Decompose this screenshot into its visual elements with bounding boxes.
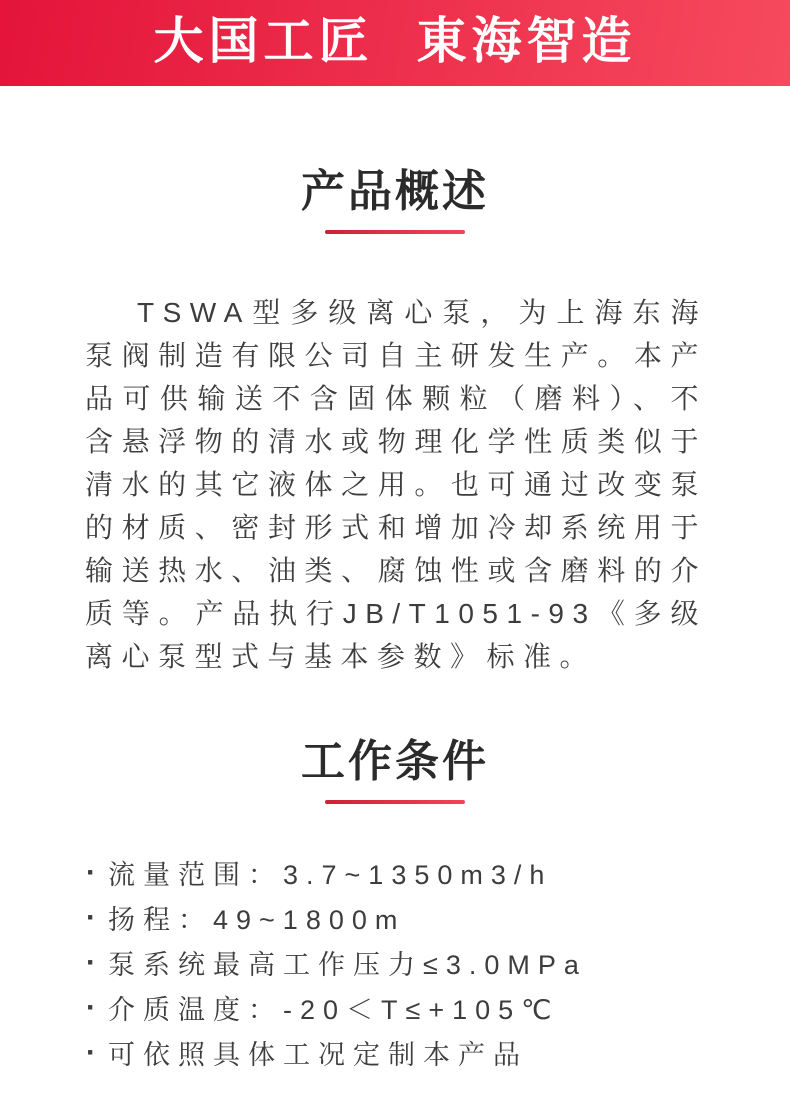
header-banner: 大国工匠 東海智造 <box>0 0 790 86</box>
condition-item: · 可依照具体工况定制本产品 <box>86 1030 790 1075</box>
conditions-section-title: 工作条件 <box>0 736 790 788</box>
condition-text: 介质温度：-20＜T≤+105℃ <box>108 988 559 1027</box>
bullet-icon: · <box>86 850 96 895</box>
condition-item: · 扬程：49~1800m <box>86 895 790 940</box>
bullet-icon: · <box>86 895 96 940</box>
bullet-icon: · <box>86 985 96 1030</box>
overview-paragraph: TSWA型多级离心泵，为上海东海泵阀制造有限公司自主研发生产。本产品可供输送不含… <box>85 291 707 678</box>
overview-title-underline <box>325 230 465 234</box>
banner-title: 大国工匠 東海智造 <box>154 16 637 70</box>
product-detail-page: 大国工匠 東海智造 产品概述 TSWA型多级离心泵，为上海东海泵阀制造有限公司自… <box>0 0 790 1106</box>
conditions-list: · 流量范围：3.7~1350m3/h · 扬程：49~1800m · 泵系统最… <box>0 850 790 1075</box>
condition-item: · 介质温度：-20＜T≤+105℃ <box>86 985 790 1030</box>
condition-item: · 流量范围：3.7~1350m3/h <box>86 850 790 895</box>
condition-text: 可依照具体工况定制本产品 <box>108 1033 528 1072</box>
overview-section: 产品概述 TSWA型多级离心泵，为上海东海泵阀制造有限公司自主研发生产。本产品可… <box>0 86 790 678</box>
condition-text: 泵系统最高工作压力≤3.0MPa <box>108 943 587 982</box>
condition-text: 扬程：49~1800m <box>108 898 405 937</box>
condition-item: · 泵系统最高工作压力≤3.0MPa <box>86 940 790 985</box>
conditions-title-underline <box>325 800 465 804</box>
bullet-icon: · <box>86 1030 96 1075</box>
overview-section-title: 产品概述 <box>0 166 790 218</box>
condition-text: 流量范围：3.7~1350m3/h <box>108 853 552 892</box>
conditions-section: 工作条件 · 流量范围：3.7~1350m3/h · 扬程：49~1800m ·… <box>0 678 790 1075</box>
bullet-icon: · <box>86 940 96 985</box>
